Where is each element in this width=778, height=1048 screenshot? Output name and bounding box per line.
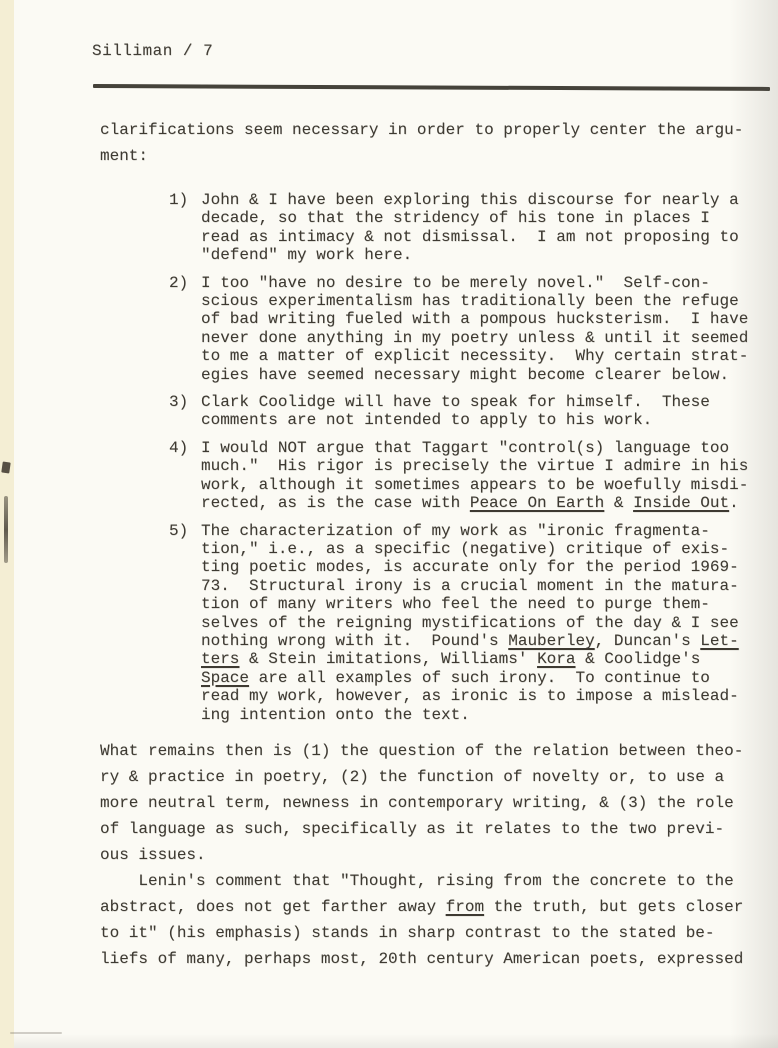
underlined-text: from bbox=[446, 898, 484, 916]
list-item: 2)I too "have no desire to be merely nov… bbox=[100, 274, 765, 384]
list-item-number: 3) bbox=[169, 393, 201, 430]
text-line: egies have seemed necessary might become… bbox=[201, 366, 765, 384]
text-line: much." His rigor is precisely the virtue… bbox=[201, 457, 765, 475]
text-line: more neutral term, newness in contempora… bbox=[100, 790, 765, 816]
list-item-number: 5) bbox=[169, 522, 201, 724]
text-line: to me a matter of explicit necessity. Wh… bbox=[201, 347, 765, 365]
text-line: "defend" my work here. bbox=[201, 246, 765, 264]
text-line: Clark Coolidge will have to speak for hi… bbox=[201, 393, 765, 411]
text-line: John & I have been exploring this discou… bbox=[201, 191, 765, 209]
underlined-text: ters bbox=[201, 650, 239, 668]
underlined-text: Let- bbox=[700, 632, 738, 650]
text-line: decade, so that the stridency of his ton… bbox=[201, 209, 765, 227]
list-item: 5)The characterization of my work as "ir… bbox=[100, 522, 765, 724]
list-item-number: 1) bbox=[169, 191, 201, 265]
scan-artifact bbox=[4, 496, 8, 563]
list-item-number: 2) bbox=[169, 274, 201, 384]
list-item: 3)Clark Coolidge will have to speak for … bbox=[100, 393, 765, 430]
text-line: 73. Structural irony is a crucial moment… bbox=[201, 577, 765, 595]
text-line: read as intimacy & not dismissal. I am n… bbox=[201, 228, 765, 246]
text-line: I too "have no desire to be merely novel… bbox=[201, 274, 765, 292]
text-line: ment: bbox=[100, 143, 765, 169]
scan-artifact bbox=[10, 1032, 62, 1034]
list-item: 4)I would NOT argue that Taggart "contro… bbox=[100, 439, 765, 513]
text-line: comments are not intended to apply to hi… bbox=[201, 411, 765, 429]
underlined-text: Peace On Earth bbox=[470, 494, 604, 512]
paragraph: clarifications seem necessary in order t… bbox=[100, 117, 765, 169]
list-item-number: 4) bbox=[169, 439, 201, 513]
text-line: What remains then is (1) the question of… bbox=[100, 738, 765, 764]
text-line: tion," i.e., as a specific (negative) cr… bbox=[201, 540, 765, 558]
text-line: liefs of many, perhaps most, 20th centur… bbox=[100, 946, 765, 972]
text-line: abstract, does not get farther away from… bbox=[100, 894, 765, 920]
underlined-text: Space bbox=[201, 669, 249, 687]
underlined-text: Inside Out bbox=[633, 494, 729, 512]
underlined-text: Mauberley bbox=[508, 632, 594, 650]
underlined-text: Kora bbox=[537, 650, 575, 668]
page-header: Silliman / 7 bbox=[92, 42, 213, 60]
text-line: ing intention onto the text. bbox=[201, 706, 765, 724]
text-line: ry & practice in poetry, (2) the functio… bbox=[100, 764, 765, 790]
text-line: scious experimentalism has traditionally… bbox=[201, 292, 765, 310]
text-line: of language as such, specifically as it … bbox=[100, 816, 765, 842]
page-bottom-shadow bbox=[14, 1034, 778, 1048]
text-line: ters & Stein imitations, Williams' Kora … bbox=[201, 650, 765, 668]
text-line: tion of many writers who feel the need t… bbox=[201, 595, 765, 613]
text-line: I would NOT argue that Taggart "control(… bbox=[201, 439, 765, 457]
document-body: clarifications seem necessary in order t… bbox=[100, 117, 765, 972]
text-line: ous issues. bbox=[100, 842, 765, 868]
text-line: of bad writing fueled with a pompous huc… bbox=[201, 310, 765, 328]
text-line: selves of the reigning mystifications of… bbox=[201, 614, 765, 632]
paragraph: Lenin's comment that "Thought, rising fr… bbox=[100, 868, 765, 972]
text-line: ting poetic modes, is accurate only for … bbox=[201, 558, 765, 576]
text-line: work, although it sometimes appears to b… bbox=[201, 476, 765, 494]
scan-artifact bbox=[1, 461, 10, 473]
text-line: nothing wrong with it. Pound's Mauberley… bbox=[201, 632, 765, 650]
text-line: Lenin's comment that "Thought, rising fr… bbox=[100, 868, 765, 894]
text-line: to it" (his emphasis) stands in sharp co… bbox=[100, 920, 765, 946]
numbered-list: 1)John & I have been exploring this disc… bbox=[100, 191, 765, 724]
text-line: clarifications seem necessary in order t… bbox=[100, 117, 765, 143]
text-line: rected, as is the case with Peace On Ear… bbox=[201, 494, 765, 512]
text-line: read my work, however, as ironic is to i… bbox=[201, 687, 765, 705]
page: Silliman / 7 clarifications seem necessa… bbox=[14, 0, 778, 1048]
paragraph: What remains then is (1) the question of… bbox=[100, 738, 765, 868]
text-line: The characterization of my work as "iron… bbox=[201, 522, 765, 540]
header-rule bbox=[93, 84, 770, 91]
list-item: 1)John & I have been exploring this disc… bbox=[100, 191, 765, 265]
text-line: Space are all examples of such irony. To… bbox=[201, 669, 765, 687]
text-line: never done anything in my poetry unless … bbox=[201, 329, 765, 347]
